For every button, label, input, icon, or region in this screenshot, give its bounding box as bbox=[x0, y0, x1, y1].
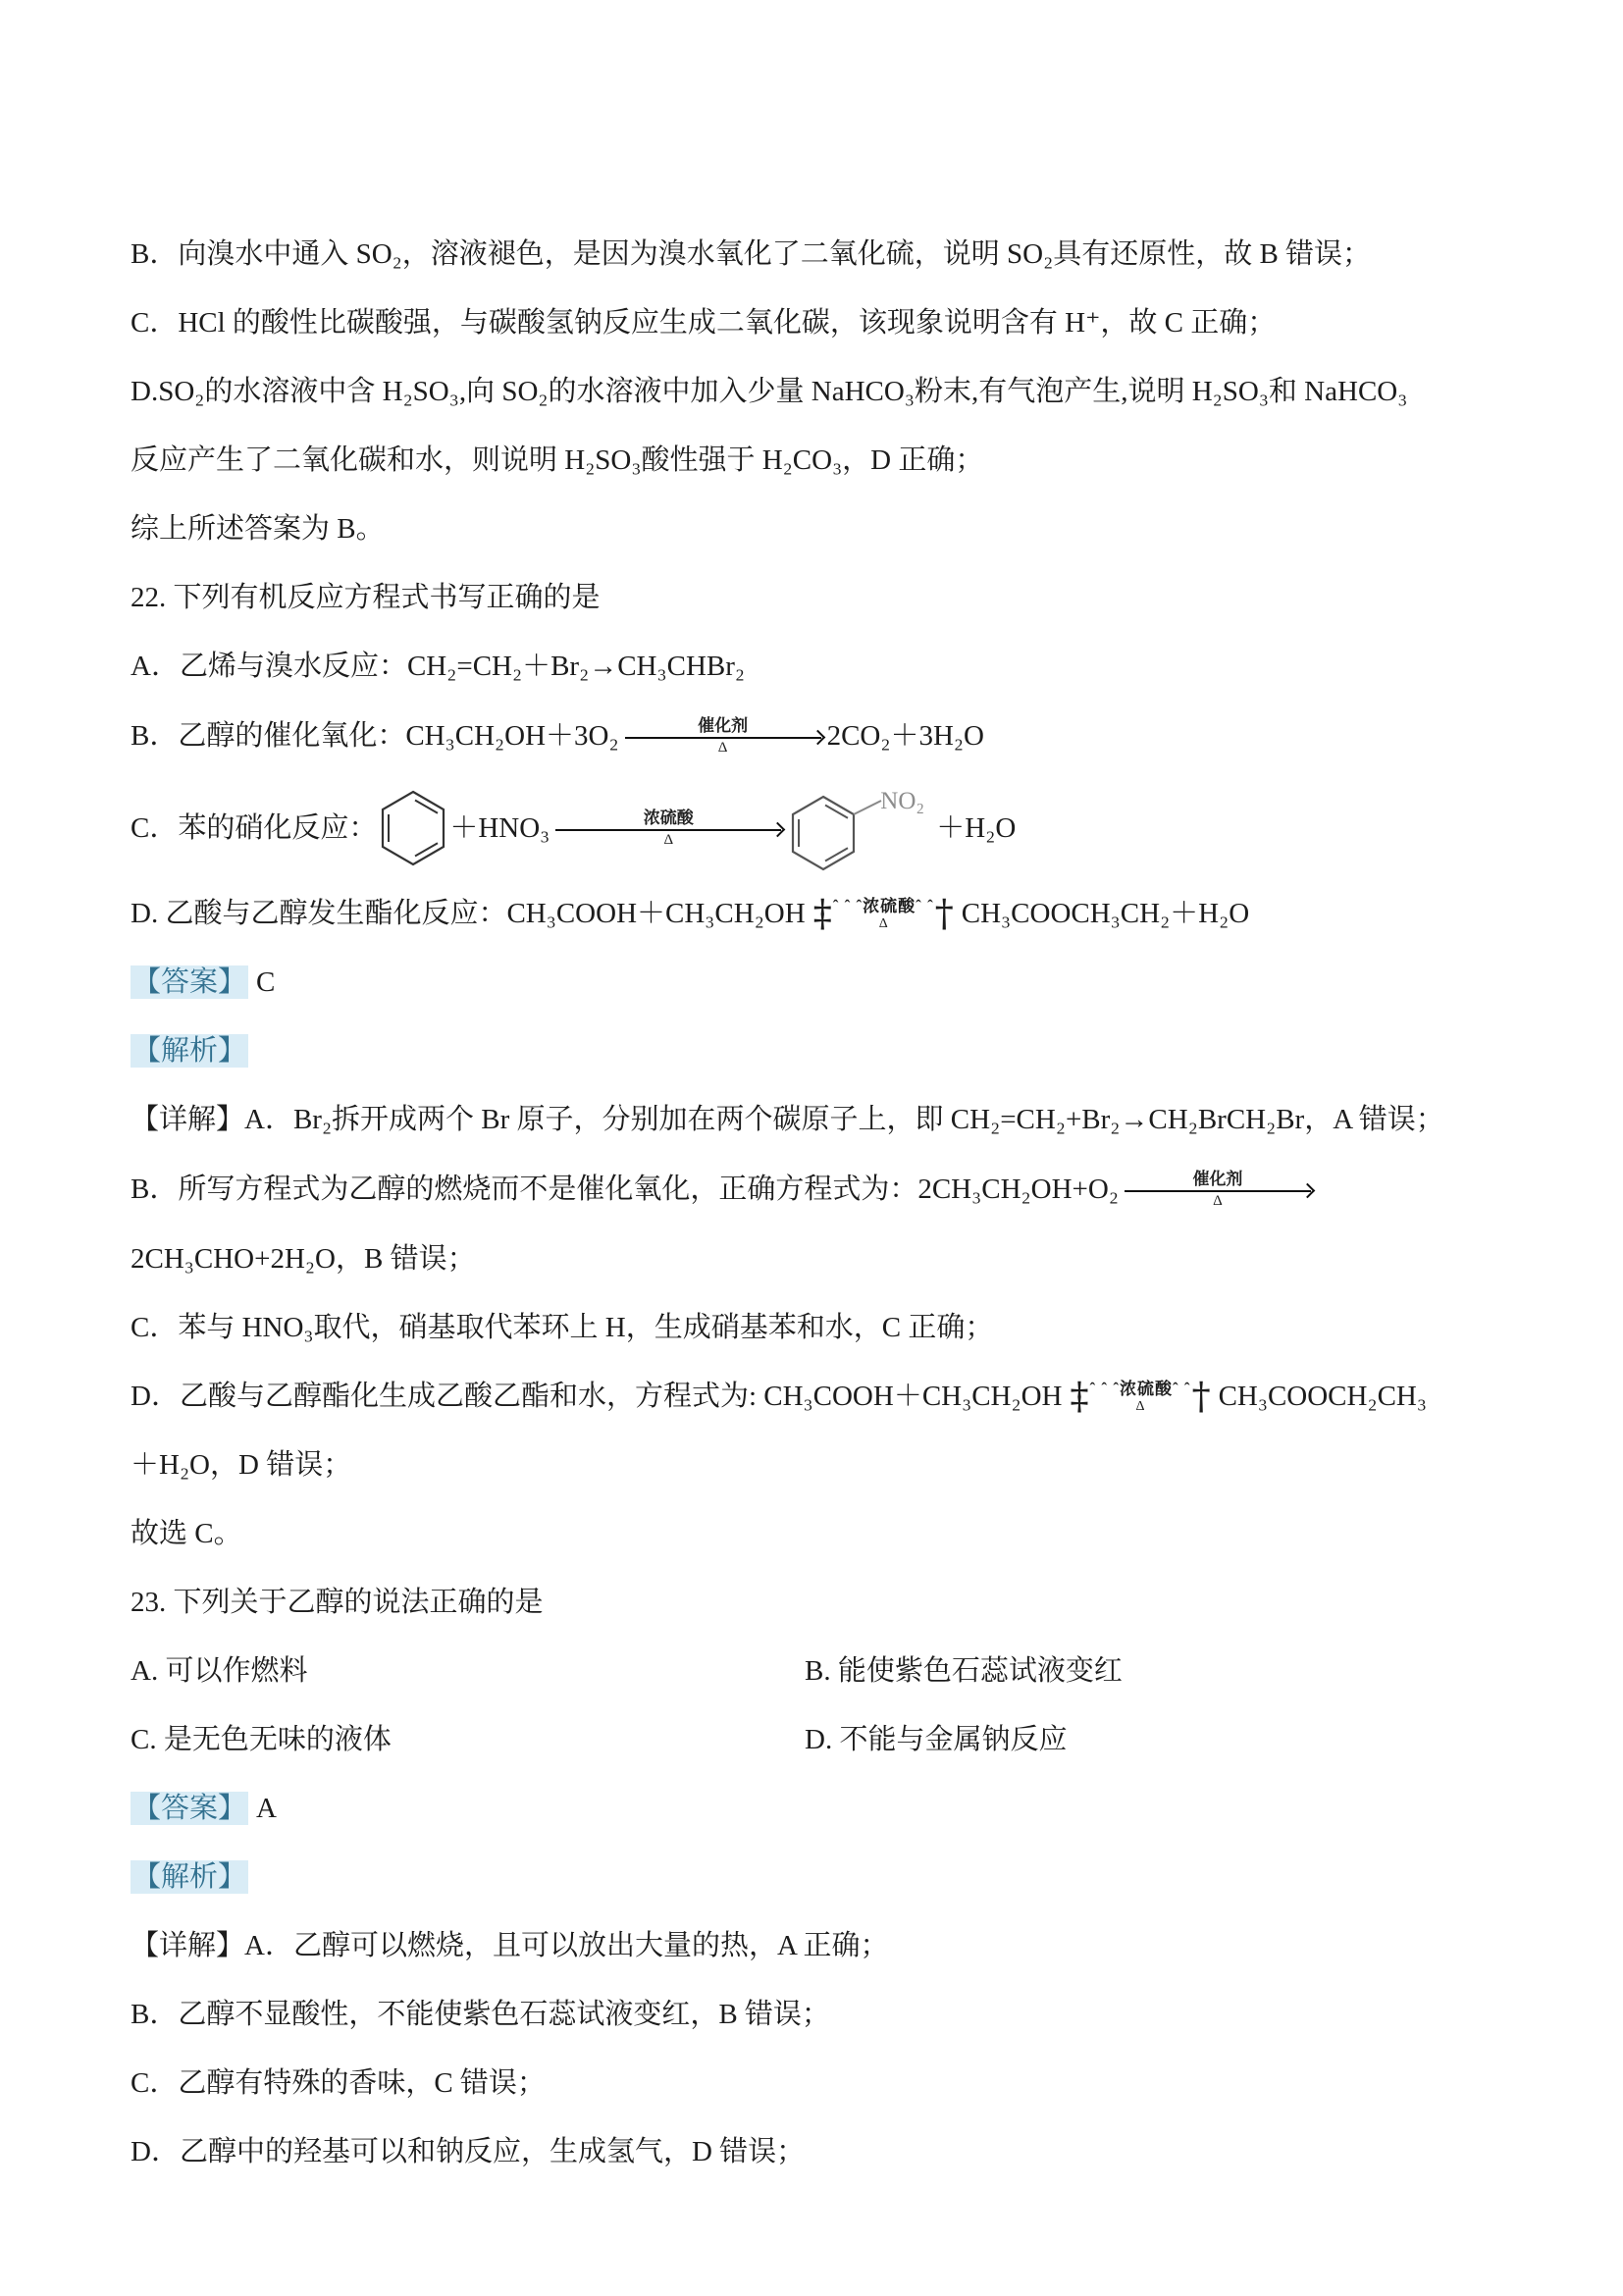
q22-detail-c: C．苯与 HNO₃取代，硝基取代苯环上 H，生成硝基苯和水，C 正确； bbox=[131, 1309, 1529, 1346]
q23-options-row-1: A. 可以作燃料 B. 能使紫色石蕊试液变红 bbox=[131, 1652, 1529, 1690]
q23-option-d: D. 不能与金属钠反应 bbox=[805, 1721, 1067, 1758]
nitrobenzene-structure: NO₂ bbox=[787, 787, 936, 869]
q23-options-row-2: C. 是无色无味的液体 D. 不能与金属钠反应 bbox=[131, 1721, 1529, 1758]
answer-value: C bbox=[256, 966, 275, 998]
q23-stem: 23. 下列关于乙醇的说法正确的是 bbox=[131, 1584, 1529, 1621]
q22-detail-d-cont: ＋H₂O，D 错误； bbox=[131, 1446, 1529, 1484]
q22-option-d-rhs: CH₃COOCH₃CH₂＋H₂O bbox=[962, 895, 1249, 932]
answer-value: A bbox=[256, 1793, 277, 1824]
reaction-arrow-icon: 催化剂 Δ bbox=[625, 716, 821, 756]
q22-option-b-rhs: 2CO₂＋3H₂O bbox=[827, 717, 984, 755]
exam-answer-page: B．向溴水中通入 SO₂，溶液褪色，是因为溴水氧化了二氧化硫，说明 SO₂具有还… bbox=[0, 0, 1623, 2296]
q23-option-c: C. 是无色无味的液体 bbox=[131, 1721, 805, 1758]
equil-condition-top: ˆ ˆ ˆ浓硫酸ˆ ˆ bbox=[833, 897, 934, 916]
q22-detail-d-lead: D．乙酸与乙醇酯化生成乙酸乙酯和水，方程式为: CH₃COOH＋CH₃CH₂OH bbox=[131, 1378, 1063, 1415]
dagger-glyph: ‡ bbox=[1071, 1380, 1089, 1413]
arrow-condition-bottom: Δ bbox=[1213, 1193, 1223, 1209]
dagger-glyph: ‡ bbox=[813, 897, 832, 930]
q23-detail-c: C．乙醇有特殊的香味，C 错误； bbox=[131, 2064, 1529, 2102]
q22-option-d-lead: D. 乙酸与乙醇发生酯化反应：CH₃COOH＋CH₃CH₂OH bbox=[131, 895, 806, 932]
arrow-condition-top: 催化剂 bbox=[698, 716, 748, 735]
q22-conclusion: 故选 C。 bbox=[131, 1515, 1529, 1552]
reaction-arrow-icon: 浓硫酸 Δ bbox=[555, 809, 781, 848]
analysis-tag: 【解析】 bbox=[131, 1034, 248, 1068]
q22-detail-d: D．乙酸与乙醇酯化生成乙酸乙酯和水，方程式为: CH₃COOH＋CH₃CH₂OH… bbox=[131, 1378, 1529, 1415]
q22-option-a: A．乙烯与溴水反应：CH₂=CH₂＋Br₂→CH₃CHBr₂ bbox=[131, 648, 1529, 685]
q22-option-d: D. 乙酸与乙醇发生酯化反应：CH₃COOH＋CH₃CH₂OH ‡ ˆ ˆ ˆ浓… bbox=[131, 895, 1529, 932]
q21-explanation-b: B．向溴水中通入 SO₂，溶液褪色，是因为溴水氧化了二氧化硫，说明 SO₂具有还… bbox=[131, 235, 1529, 273]
q22-detail-d-rhs: CH₃COOCH₂CH₃ bbox=[1219, 1378, 1427, 1415]
arrow-shaft bbox=[1125, 1190, 1311, 1192]
q23-detail-d: D．乙醇中的羟基可以和钠反应，生成氢气，D 错误； bbox=[131, 2133, 1529, 2170]
reaction-arrow-icon: 催化剂 Δ bbox=[1125, 1170, 1311, 1209]
q21-explanation-d1: D.SO₂的水溶液中含 H₂SO₃,向 SO₂的水溶液中加入少量 NaHCO₃粉… bbox=[131, 373, 1529, 410]
dagger-glyph: † bbox=[935, 897, 954, 930]
q23-detail-b: B．乙醇不显酸性，不能使紫色石蕊试液变红，B 错误； bbox=[131, 1996, 1529, 2033]
q22-detail-b-lead: B．所写方程式为乙醇的燃烧而不是催化氧化，正确方程式为：2CH₃CH₂OH+O₂ bbox=[131, 1171, 1119, 1208]
analysis-tag: 【解析】 bbox=[131, 1860, 248, 1894]
dagger-glyph: † bbox=[1192, 1380, 1211, 1413]
equil-condition-bottom: Δ bbox=[879, 916, 888, 931]
arrow-condition-bottom: Δ bbox=[718, 740, 728, 756]
q22-detail-a: 【详解】A．Br₂拆开成两个 Br 原子，分别加在两个碳原子上，即 CH₂=CH… bbox=[131, 1101, 1529, 1138]
benzene-ring-icon bbox=[377, 788, 449, 868]
garbled-equilibrium-arrow: ‡ ˆ ˆ ˆ浓硫酸ˆ ˆ Δ † bbox=[1071, 1380, 1211, 1414]
q22-stem: 22. 下列有机反应方程式书写正确的是 bbox=[131, 579, 1529, 616]
equil-condition-top: ˆ ˆ ˆ浓硫酸ˆ ˆ bbox=[1090, 1380, 1191, 1399]
q21-conclusion: 综上所述答案为 B。 bbox=[131, 510, 1529, 548]
arrow-condition-top: 催化剂 bbox=[1192, 1170, 1242, 1188]
arrow-condition-top: 浓硫酸 bbox=[644, 809, 694, 827]
q22-option-b-lhs: B．乙醇的催化氧化：CH₃CH₂OH＋3O₂ bbox=[131, 717, 619, 755]
arrow-condition-bottom: Δ bbox=[663, 832, 673, 848]
no2-group-label: NO₂ bbox=[880, 783, 924, 820]
q22-option-b: B．乙醇的催化氧化：CH₃CH₂OH＋3O₂ 催化剂 Δ 2CO₂＋3H₂O bbox=[131, 716, 1529, 756]
q22-option-c-hno3: ＋HNO₃ bbox=[449, 809, 550, 847]
garbled-equilibrium-arrow: ‡ ˆ ˆ ˆ浓硫酸ˆ ˆ Δ † bbox=[813, 897, 954, 931]
q23-analysis-line: 【解析】 bbox=[131, 1858, 1529, 1896]
q22-analysis-line: 【解析】 bbox=[131, 1032, 1529, 1070]
q23-detail-a: 【详解】A．乙醇可以燃烧，且可以放出大量的热，A 正确； bbox=[131, 1927, 1529, 1964]
answer-tag: 【答案】 bbox=[131, 1792, 248, 1825]
q22-answer-line: 【答案】C bbox=[131, 964, 1529, 1001]
q22-option-c-lead: C．苯的硝化反应： bbox=[131, 809, 377, 847]
q22-option-c: C．苯的硝化反应： ＋HNO₃ 浓硫酸 Δ NO₂ ＋H₂O bbox=[131, 787, 1529, 869]
q23-option-b: B. 能使紫色石蕊试液变红 bbox=[805, 1652, 1123, 1690]
q22-option-c-rhs: ＋H₂O bbox=[936, 809, 1016, 847]
q23-option-a: A. 可以作燃料 bbox=[131, 1652, 805, 1690]
q22-detail-b-cont: 2CH₃CHO+2H₂O，B 错误； bbox=[131, 1240, 1529, 1278]
answer-tag: 【答案】 bbox=[131, 965, 248, 999]
benzene-ring-icon bbox=[787, 793, 889, 873]
equil-condition-bottom: Δ bbox=[1136, 1399, 1145, 1414]
q22-detail-b: B．所写方程式为乙醇的燃烧而不是催化氧化，正确方程式为：2CH₃CH₂OH+O₂… bbox=[131, 1170, 1529, 1209]
arrow-shaft bbox=[625, 737, 821, 739]
arrow-shaft bbox=[555, 829, 781, 831]
q23-answer-line: 【答案】A bbox=[131, 1790, 1529, 1827]
q21-explanation-c: C．HCl 的酸性比碳酸强，与碳酸氢钠反应生成二氧化碳，该现象说明含有 H⁺，故… bbox=[131, 304, 1529, 341]
q21-explanation-d2: 反应产生了二氧化碳和水，则说明 H₂SO₃酸性强于 H₂CO₃，D 正确； bbox=[131, 442, 1529, 479]
